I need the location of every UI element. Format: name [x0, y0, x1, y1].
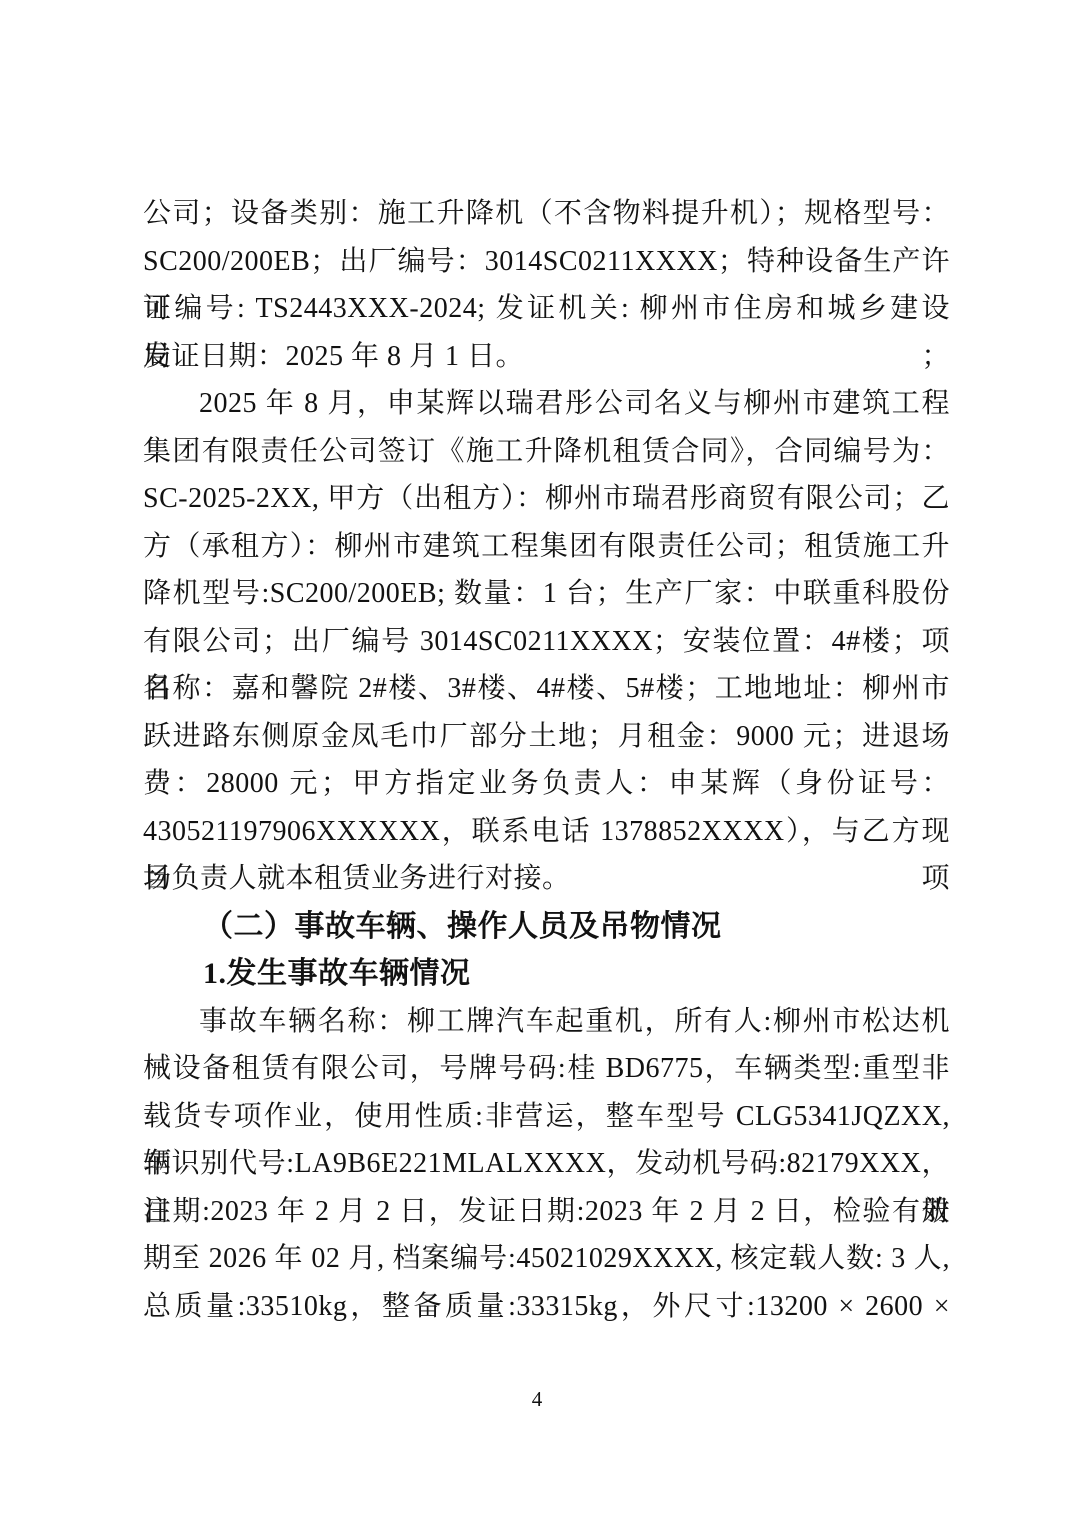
- text-line: 降机型号:SC200/200EB; 数量：1 台；生产厂家：中联重科股份: [143, 570, 950, 618]
- document-body: 公司；设备类别：施工升降机（不含物料提升机）；规格型号：SC200/200EB；…: [143, 190, 950, 1330]
- text-line: 430521197906XXXXXX，联系电话 1378852XXXX），与乙方…: [143, 808, 950, 856]
- text-line: 期至 2026 年 02 月, 档案编号:45021029XXXX, 核定载人数…: [143, 1235, 950, 1283]
- text-line: 证编号: TS2443XXX-2024; 发证机关: 柳州市住房和城乡建设局；: [143, 285, 950, 333]
- text-line: 有限公司；出厂编号 3014SC0211XXXX；安装位置：4#楼；项目: [143, 618, 950, 666]
- subsection-heading: 1.发生事故车辆情况: [143, 950, 950, 998]
- text-line: SC-2025-2XX, 甲方（出租方）：柳州市瑞君彤商贸有限公司；乙: [143, 475, 950, 523]
- text-line: 载货专项作业，使用性质:非营运，整车型号 CLG5341JQZXX, 车: [143, 1093, 950, 1141]
- document-page: 公司；设备类别：施工升降机（不含物料提升机）；规格型号：SC200/200EB；…: [0, 0, 1074, 1520]
- text-line: 2025 年 8 月，申某辉以瑞君彤公司名义与柳州市建筑工程: [143, 380, 950, 428]
- text-line: 费：28000 元；甲方指定业务负责人：申某辉（身份证号：: [143, 760, 950, 808]
- text-line: 事故车辆名称：柳工牌汽车起重机，所有人:柳州市松达机: [143, 998, 950, 1046]
- text-line: 械设备租赁有限公司，号牌号码:桂 BD6775，车辆类型:重型非: [143, 1045, 950, 1093]
- section-heading: （二）事故车辆、操作人员及吊物情况: [143, 903, 950, 951]
- page-number: 4: [0, 1386, 1074, 1412]
- text-line: 日期:2023 年 2 月 2 日，发证日期:2023 年 2 月 2 日，检验…: [143, 1188, 950, 1236]
- text-line: 方（承租方）：柳州市建筑工程集团有限责任公司；租赁施工升: [143, 523, 950, 571]
- text-line: 辆识别代号:LA9B6E221MLALXXXX，发动机号码:82179XXX，注…: [143, 1140, 950, 1188]
- text-line: 名称：嘉和馨院 2#楼、3#楼、4#楼、5#楼；工地地址：柳州市: [143, 665, 950, 713]
- text-line: 总质量:33510kg，整备质量:33315kg，外尺寸:13200 × 260…: [143, 1283, 950, 1331]
- text-line: 集团有限责任公司签订《施工升降机租赁合同》，合同编号为：: [143, 428, 950, 476]
- text-line: SC200/200EB；出厂编号：3014SC0211XXXX；特种设备生产许可: [143, 238, 950, 286]
- text-line: 跃进路东侧原金凤毛巾厂部分土地；月租金：9000 元；进退场: [143, 713, 950, 761]
- text-line: 公司；设备类别：施工升降机（不含物料提升机）；规格型号：: [143, 190, 950, 238]
